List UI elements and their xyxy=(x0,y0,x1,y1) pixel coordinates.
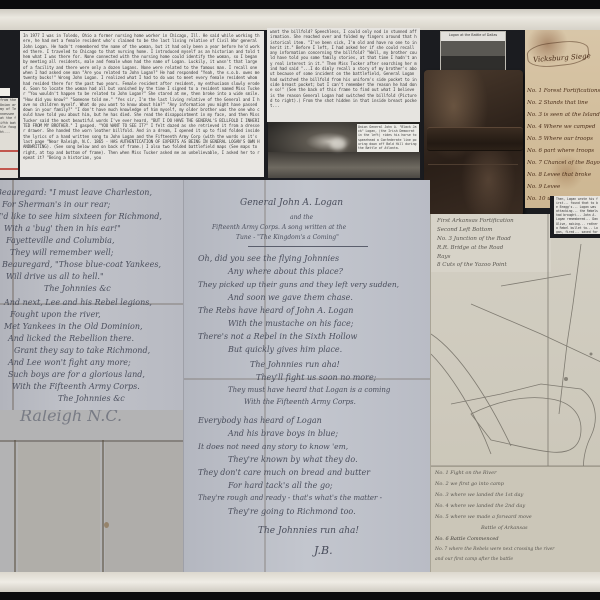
verse-line: It does not need any story to know 'em, xyxy=(198,442,348,451)
battlefield-map: First Arkansas Fortification Second Left… xyxy=(430,214,600,572)
song-title: General John A. Logan xyxy=(240,198,343,208)
siege-line: No. 4 Where we camped xyxy=(527,124,595,130)
paper-panel xyxy=(105,442,183,572)
song-line: Will drive us all to hell." xyxy=(6,272,104,281)
song-line: With a 'bug' then in his ear!" xyxy=(4,224,121,233)
map-legend-line: No. 2 we first go into camp xyxy=(435,481,504,487)
typed-story-letter: In 1977 I was in Toledo, Ohio a former n… xyxy=(20,31,264,177)
closing-chorus: The Johnnies run aha! xyxy=(258,526,359,536)
song-manuscript-left-page: Beauregard: "I must leave Charleston, Fo… xyxy=(0,180,183,412)
sketch-outline xyxy=(526,39,590,69)
side-clipping-text: from the Union army of Tennessee at the … xyxy=(0,98,18,134)
map-legend-line: No. 6 Battle Commenced xyxy=(435,536,499,542)
chorus-line: They must have heard that Logan is a com… xyxy=(228,386,390,394)
song-manuscript-left-lower: Raleigh N.C. xyxy=(0,410,183,572)
song-line: The Johnnies &c xyxy=(44,284,111,293)
song-subtitle: and the xyxy=(290,214,313,221)
song-line: The Johnnies &c xyxy=(58,394,125,403)
paper-stain xyxy=(104,522,109,528)
map-legend-line: No. 1 Fight on the River xyxy=(435,470,496,476)
title-underline xyxy=(248,246,368,247)
song-manuscript-center-page: General John A. Logan and the Fifteenth … xyxy=(183,180,430,572)
song-line: And next, Lee and his Rebel legions, xyxy=(4,298,152,307)
verse-line: With the mustache on his face; xyxy=(228,319,353,328)
paper-panel xyxy=(18,442,100,572)
song-line: With the Fifteenth Army Corps. xyxy=(12,382,140,391)
engraving-caption-text: Union General John A. "Black Jack" Logan… xyxy=(358,125,418,150)
siege-line: No. 7 Chancel of the Bayou xyxy=(527,160,600,166)
chorus-line: The Johnnies run aha! xyxy=(250,360,340,369)
song-line: I'd like to see him sixteen for Richmond… xyxy=(0,212,162,221)
song-line: For Sherman's in our rear; xyxy=(2,200,110,209)
side-newspaper-clipping: from the Union army of Tennessee at the … xyxy=(0,98,18,178)
typed-letter-continuation-text: want the billfold? Speechless, I could o… xyxy=(270,29,417,108)
song-line: Fought upon the river, xyxy=(10,310,101,319)
song-subtitle: Fifteenth Army Corps. A song written at … xyxy=(212,224,346,231)
siege-line: No. 8 Levee that broke xyxy=(527,172,591,178)
song-line: Beauregard, "Those blue-coat Yankees, xyxy=(2,260,161,269)
frame-mat-top xyxy=(0,9,600,30)
chorus-line: They'll fight us soon no more; xyxy=(256,373,376,382)
siege-line: No. 3 is seen at the Island xyxy=(527,112,600,118)
verse-line: They're going to Richmond too. xyxy=(228,507,356,516)
verse-line: Everybody has heard of Logan xyxy=(198,416,322,425)
red-underline xyxy=(0,168,18,170)
newspaper-clipping-text: Then, Logan wrote his first... found tha… xyxy=(556,197,598,238)
frame-mat-bottom xyxy=(0,572,600,592)
side-label xyxy=(0,88,10,96)
song-line: Met Yankees in the Old Dominion, xyxy=(4,322,143,331)
engraving-smoke xyxy=(330,138,346,150)
verse-line: Oh, did you see the flying Johnnies xyxy=(198,254,339,263)
billfold-fold-line xyxy=(428,164,518,165)
author-initials: J.B. xyxy=(314,544,333,557)
billfold-strap xyxy=(427,127,523,151)
typed-story-continuation: want the billfold? Speechless, I could o… xyxy=(267,28,420,122)
battle-engraving-image: Union General John A. "Black Jack" Logan… xyxy=(268,122,420,178)
siege-line: No. 9 Levee xyxy=(527,184,560,190)
siege-manuscript: Vicksburg Siege No. 1 Forest Fortificati… xyxy=(525,30,600,208)
map-legend-line: No. 4 where we landed the 2nd day xyxy=(435,503,525,509)
small-print-caption: Logan at the Battle of Dallas xyxy=(446,33,500,38)
paper-fold-line xyxy=(14,440,16,572)
typed-letter-text: In 1977 I was in Toledo, Ohio a former n… xyxy=(23,33,261,160)
engraving-caption: Union General John A. "Black Jack" Logan… xyxy=(357,124,419,152)
song-line: Such boys are for a glorious land, xyxy=(8,370,145,379)
verse-line: And his brave boys in blue; xyxy=(228,429,338,438)
signature-raleigh: Raleigh N.C. xyxy=(20,410,122,425)
song-tune: Tune - "The Kingdom's a Coming" xyxy=(236,234,339,241)
newspaper-clipping-right: Then, Logan wrote his first... found tha… xyxy=(550,196,600,238)
verse-line: They picked up their guns and they left … xyxy=(198,280,399,289)
map-legend-line: No. 5 where we made a forward move xyxy=(435,514,532,520)
song-line: And Lee won't fight any more; xyxy=(8,358,131,367)
red-underline xyxy=(0,150,18,152)
siege-line: No. 5 Where our troops xyxy=(527,136,593,142)
verse-line: And soon we gave them chase. xyxy=(228,293,353,302)
verse-line: But quickly gives him place. xyxy=(228,345,342,354)
map-legend-line: and our first camp after the battle xyxy=(435,557,513,562)
song-line: Fayetteville and Columbia, xyxy=(6,236,114,245)
map-legend-line: Battle of Arkansas xyxy=(481,525,528,531)
verse-line: Any where about this place? xyxy=(228,267,343,276)
verse-line: They're rough and ready - that's what's … xyxy=(198,494,382,502)
chorus-line: With the Fifteenth Army Corps. xyxy=(244,398,356,406)
siege-line: No. 2 Stands that line xyxy=(527,100,588,106)
siege-line: No. 6 part where troops xyxy=(527,148,594,154)
paper-fold-line xyxy=(102,440,104,572)
verse-line: For hard tack's all the go; xyxy=(228,481,333,490)
song-line: They will remember well; xyxy=(10,248,113,257)
verse-line: They don't care much on bread and butter xyxy=(198,468,370,477)
verse-line: There's not a Rebel in the Sixth Hollow xyxy=(198,332,357,341)
song-line: Beauregard: "I must leave Charleston, xyxy=(0,188,152,197)
engraving-ground xyxy=(268,152,420,178)
verse-line: They're known by what they do. xyxy=(228,455,358,464)
map-legend-line: No. 7 where the Rebels were next crossin… xyxy=(435,547,554,552)
verse-line: The Rebs have heard of John A. Logan xyxy=(198,306,353,315)
song-line: And licked the Rebellion there. xyxy=(8,334,134,343)
siege-line: No. 1 Forest Fortifications xyxy=(527,88,600,94)
map-legend-line: No. 3 where we landed the 1st day xyxy=(435,492,523,498)
song-line: Grant they say to take Richmond, xyxy=(14,346,150,355)
